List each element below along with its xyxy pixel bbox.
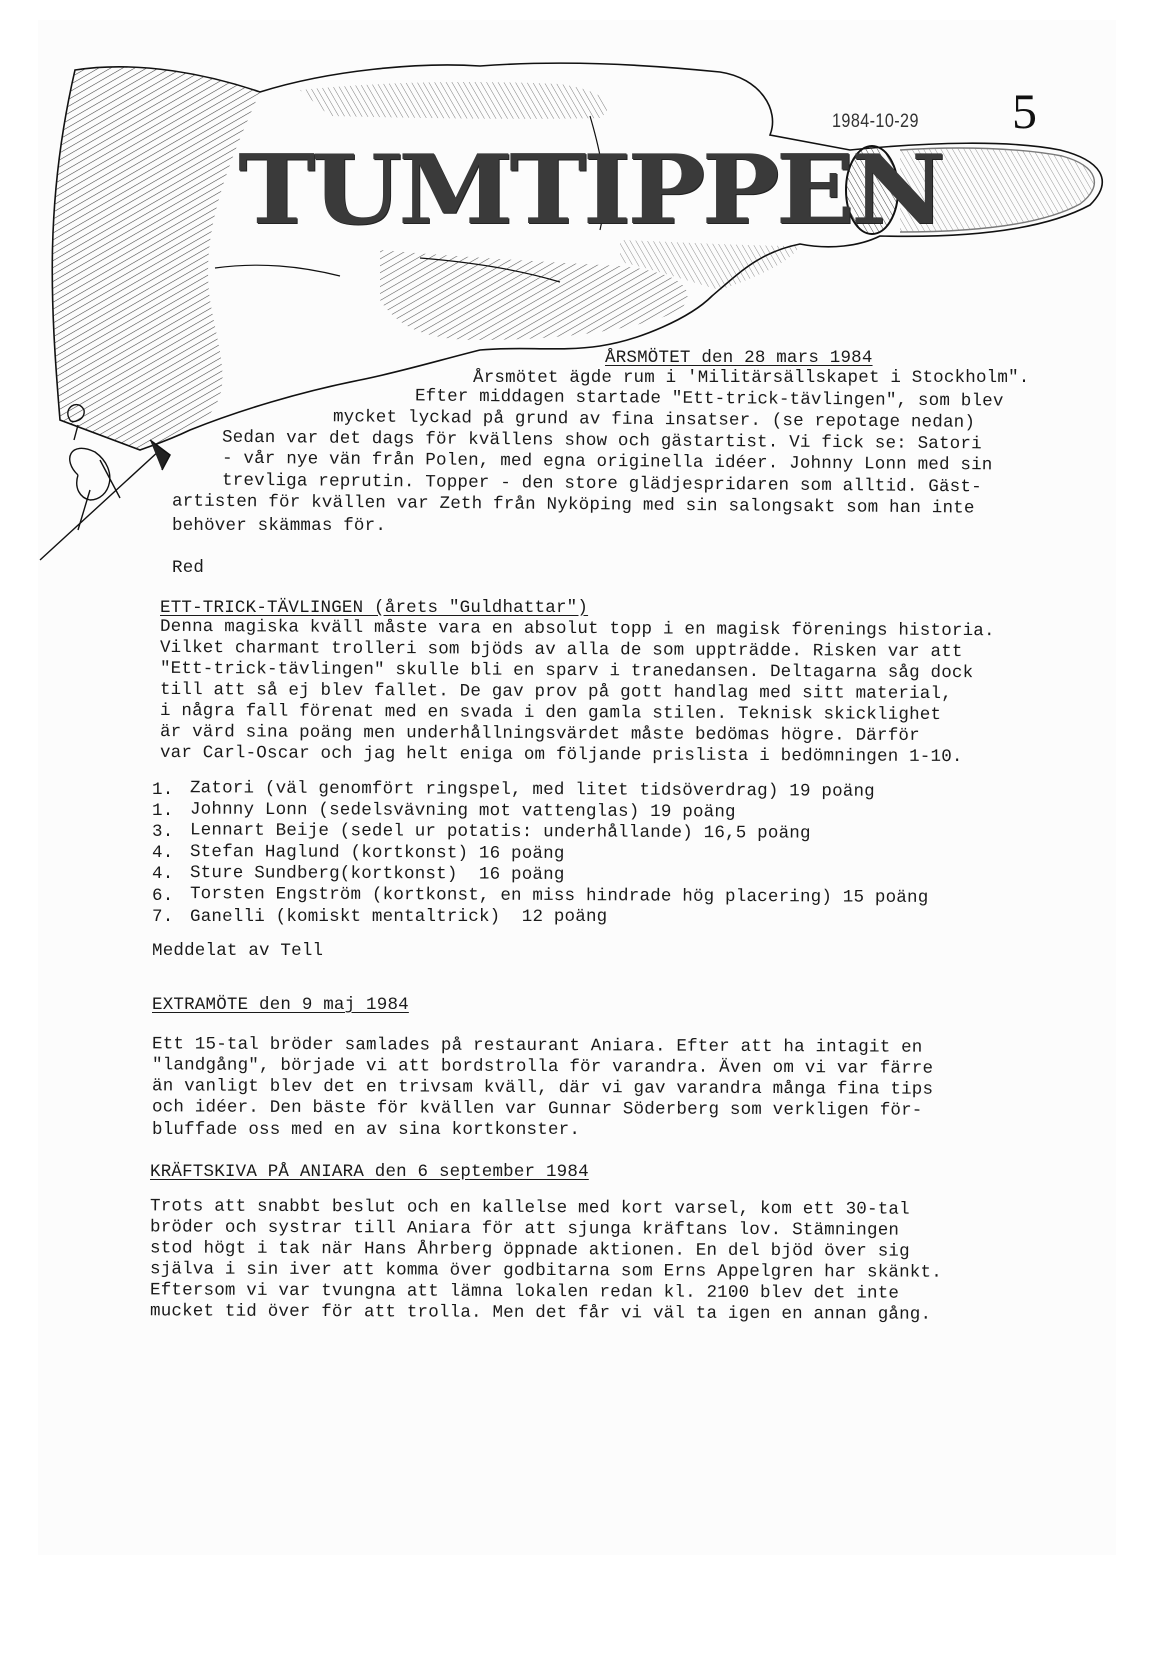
result-place: 7.	[152, 907, 173, 927]
paragraph-line: "landgång", började vi att bordstrolla f…	[152, 1055, 933, 1078]
paragraph-line: stod högt i tak när Hans Åhrberg öppnade…	[150, 1238, 910, 1261]
masthead-title: TUMTIPPEN	[238, 142, 942, 238]
result-entry: Johnny Lonn (sedelsvävning mot vattengla…	[190, 800, 736, 823]
paragraph-line: Årsmötet ägde rum i 'Militärsällskapet i…	[473, 368, 1030, 388]
result-entry: Sture Sundberg(kortkonst) 16 poäng	[190, 863, 565, 885]
paragraph-line: i några fall förenat med en svada i den …	[160, 701, 941, 725]
issue-number: 5	[1012, 82, 1037, 140]
signature: Meddelat av Tell	[152, 941, 323, 961]
result-entry: Lennart Beije (sedel ur potatis: underhå…	[190, 820, 811, 843]
section-heading-kraftskiva: KRÄFTSKIVA PÅ ANIARA den 6 september 198…	[150, 1162, 589, 1182]
paragraph-line: behöver skämmas för.	[172, 516, 386, 536]
paragraph-line: "Ett-trick-tävlingen" skulle bli en spar…	[160, 659, 973, 683]
paragraph-line: var Carl-Oscar och jag helt eniga om föl…	[160, 743, 963, 767]
paragraph-line: än vanligt blev det en trivsam kväll, dä…	[152, 1076, 933, 1099]
paragraph-line: mucket tid över för att trolla. Men det …	[150, 1301, 931, 1324]
result-entry: Zatori (väl genomfört ringspel, med lite…	[190, 778, 875, 802]
section-heading-extramote: EXTRAMÖTE den 9 maj 1984	[152, 995, 409, 1015]
section-heading-arsmotet: ÅRSMÖTET den 28 mars 1984	[605, 348, 873, 368]
paragraph-line: är värd sina poäng men underhållningsvär…	[160, 722, 920, 746]
paragraph-line: Trots att snabbt beslut och en kallelse …	[150, 1196, 910, 1219]
section-heading-ett-trick: ETT-TRICK-TÄVLINGEN (årets "Guldhattar")	[160, 598, 588, 618]
result-place: 4.	[152, 864, 173, 884]
result-entry: Torsten Engström (kortkonst, en miss hin…	[190, 884, 929, 908]
issue-date: 1984-10-29	[832, 111, 919, 133]
paragraph-line: Ett 15-tal bröder samlades på restaurant…	[152, 1034, 923, 1057]
result-place: 1.	[152, 801, 173, 821]
paragraph-line: till att så ej blev fallet. De gav prov …	[160, 680, 952, 704]
paragraph-line: bröder och systrar till Aniara för att s…	[150, 1217, 899, 1240]
result-place: 4.	[152, 843, 173, 863]
result-place: 3.	[152, 822, 173, 842]
paragraph-line: Eftersom vi var tvungna att lämna lokale…	[150, 1280, 899, 1303]
signature: Red	[172, 558, 204, 578]
result-entry: Ganelli (komiskt mentaltrick) 12 poäng	[190, 907, 607, 927]
paragraph-line: själva i sin iver att komma över godbita…	[150, 1259, 942, 1282]
result-entry: Stefan Haglund (kortkonst) 16 poäng	[190, 842, 565, 864]
paragraph-line: Vilket charmant trolleri som bjöds av al…	[160, 638, 963, 662]
paragraph-line: och idéer. Den bäste för kvällen var Gun…	[152, 1097, 923, 1120]
result-place: 6.	[152, 886, 173, 906]
result-place: 1.	[152, 780, 173, 800]
paragraph-line: bluffade oss med en av sina kortkonster.	[152, 1120, 580, 1140]
